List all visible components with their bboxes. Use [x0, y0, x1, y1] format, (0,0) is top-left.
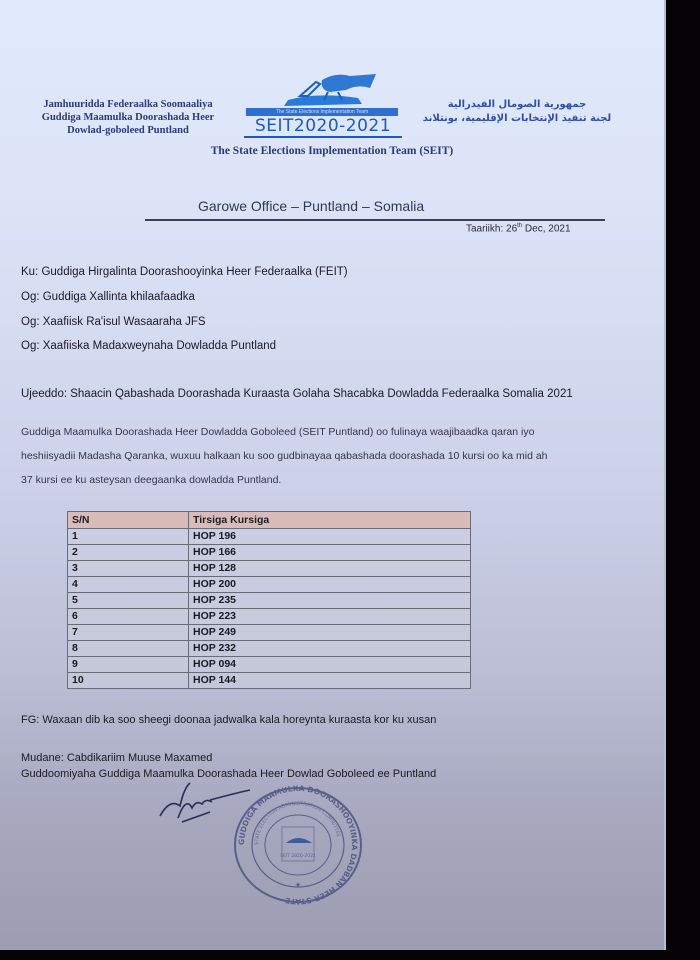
seit-logo: The State Elections Implementation Team …: [238, 70, 403, 140]
cell-seat: HOP 144: [189, 673, 471, 689]
cell-seat: HOP 249: [189, 625, 471, 641]
addressee-cc: Og: Xaafiiska Madaxweynaha Dowladda Punt…: [21, 340, 276, 352]
table-row: 2HOP 166: [68, 545, 471, 561]
table-row: 1HOP 196: [68, 529, 471, 545]
ballot-box-icon: [238, 70, 403, 110]
letterhead-line: لجنة تنفيذ الإنتخابات الإقليمية، بونتلان…: [412, 112, 622, 126]
cell-seat: HOP 128: [189, 561, 471, 577]
cell-seat: HOP 235: [189, 593, 471, 609]
body-line: heshiisyadii Madasha Qaranka, wuxuu halk…: [21, 444, 621, 468]
addressee-cc: Og: Guddiga Xallinta khilaafaadka: [21, 291, 195, 303]
letter-date: Taariikh: 26th Dec, 2021: [466, 223, 571, 234]
letterhead-line: جمهورية الصومال الفيدرالية: [412, 98, 622, 112]
cell-seat: HOP 166: [189, 545, 471, 561]
svg-text:★: ★: [295, 881, 301, 889]
table-row: 6HOP 223: [68, 609, 471, 625]
letterhead-somali: Jamhuuridda Federaalka Soomaaliya Guddig…: [28, 98, 228, 137]
cell-sn: 6: [68, 609, 189, 625]
cell-sn: 9: [68, 657, 189, 673]
column-header-seat: Tirsiga Kursiga: [189, 512, 471, 529]
office-location: Garowe Office – Puntland – Somalia: [198, 198, 424, 214]
table-row: 7HOP 249: [68, 625, 471, 641]
team-name: The State Elections Implementation Team …: [0, 145, 664, 157]
cell-sn: 3: [68, 561, 189, 577]
cell-seat: HOP 200: [189, 577, 471, 593]
cell-seat: HOP 223: [189, 609, 471, 625]
cell-sn: 1: [68, 529, 189, 545]
letterhead-arabic: جمهورية الصومال الفيدرالية لجنة تنفيذ ال…: [412, 98, 622, 126]
addressee-cc: Og: Xaafiisk Ra'isul Wasaaraha JFS: [21, 316, 206, 328]
header-divider: [145, 219, 605, 221]
letter-page: Jamhuuridda Federaalka Soomaaliya Guddig…: [0, 0, 666, 950]
table-header-row: S/N Tirsiga Kursiga: [68, 512, 471, 529]
cell-sn: 2: [68, 545, 189, 561]
cell-seat: HOP 196: [189, 529, 471, 545]
cell-sn: 5: [68, 593, 189, 609]
official-stamp: GUDDIGA MAAMULKA DOORASHOOYINKA DADBAN H…: [232, 785, 364, 905]
cell-sn: 7: [68, 625, 189, 641]
logo-strip: The State Elections Implementation Team: [246, 108, 398, 116]
table-row: 8HOP 232: [68, 641, 471, 657]
table-row: 5HOP 235: [68, 593, 471, 609]
table-row: 9HOP 094: [68, 657, 471, 673]
body-line: Guddiga Maamulka Doorashada Heer Dowladd…: [21, 420, 621, 444]
table-row: 4HOP 200: [68, 577, 471, 593]
letterhead-line: Jamhuuridda Federaalka Soomaaliya: [28, 98, 228, 111]
column-header-sn: S/N: [68, 512, 189, 529]
cell-sn: 4: [68, 577, 189, 593]
cell-sn: 10: [68, 673, 189, 689]
footnote: FG: Waxaan dib ka soo sheegi doonaa jadw…: [21, 714, 436, 726]
addressee-to: Ku: Guddiga Hirgalinta Doorashooyinka He…: [21, 266, 348, 278]
table-row: 3HOP 128: [68, 561, 471, 577]
signatory-name: Mudane: Cabdikariim Muuse Maxamed: [21, 752, 212, 764]
logo-text: SEIT2020-2021: [244, 117, 402, 138]
letterhead-line: Guddiga Maamulka Doorashada Heer: [28, 111, 228, 124]
table-row: 10HOP 144: [68, 673, 471, 689]
body-line: 37 kursi ee ku asteysan deegaanka dowlad…: [21, 468, 621, 492]
letterhead-line: Dowlad-goboleed Puntland: [28, 124, 228, 137]
svg-text:SEIT 2020-2021: SEIT 2020-2021: [280, 853, 316, 859]
cell-sn: 8: [68, 641, 189, 657]
cell-seat: HOP 232: [189, 641, 471, 657]
cell-seat: HOP 094: [189, 657, 471, 673]
letter-body: Guddiga Maamulka Doorashada Heer Dowladd…: [21, 420, 621, 492]
letter-subject: Ujeeddo: Shaacin Qabashada Doorashada Ku…: [21, 388, 661, 400]
seats-table: S/N Tirsiga Kursiga 1HOP 1962HOP 1663HOP…: [67, 511, 471, 689]
